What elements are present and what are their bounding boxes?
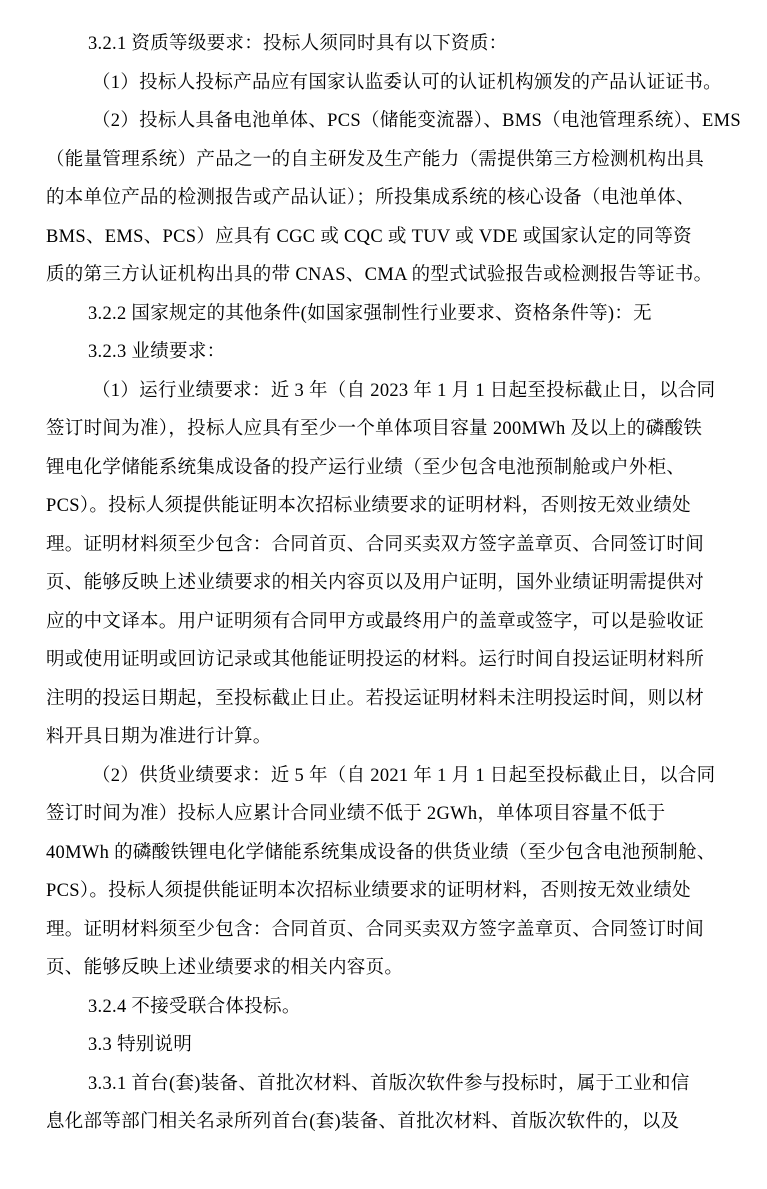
text-line: BMS、EMS、PCS）应具有 CGC 或 CQC 或 TUV 或 VDE 或国… bbox=[46, 218, 736, 256]
text-line: 签订时间为准）投标人应累计合同业绩不低于 2GWh，单体项目容量不低于 bbox=[46, 795, 736, 833]
text-line: （2）投标人具备电池单体、PCS（储能变流器）、BMS（电池管理系统）、EMS bbox=[92, 102, 767, 140]
text-line: （1）投标人投标产品应有国家认监委认可的认证机构颁发的产品认证证书。 bbox=[92, 64, 767, 102]
text-line: 签订时间为准），投标人应具有至少一个单体项目容量 200MWh 及以上的磷酸铁 bbox=[46, 410, 736, 448]
text-line: 40MWh 的磷酸铁锂电化学储能系统集成设备的供货业绩（至少包含电池预制舱、 bbox=[46, 834, 736, 872]
text-line: 的本单位产品的检测报告或产品认证）；所投集成系统的核心设备（电池单体、 bbox=[46, 179, 736, 217]
text-line: 锂电化学储能系统集成设备的投产运行业绩（至少包含电池预制舱或户外柜、 bbox=[46, 449, 736, 487]
text-line: 息化部等部门相关名录所列首台(套)装备、首批次材料、首版次软件的，以及 bbox=[46, 1103, 736, 1141]
text-line: 料开具日期为准进行计算。 bbox=[46, 718, 736, 756]
text-line: 3.2.4 不接受联合体投标。 bbox=[88, 988, 767, 1026]
text-line: 应的中文译本。用户证明须有合同甲方或最终用户的盖章或签字，可以是验收证 bbox=[46, 603, 736, 641]
text-line: （2）供货业绩要求：近 5 年（自 2021 年 1 月 1 日起至投标截止日，… bbox=[92, 757, 767, 795]
text-line: 理。证明材料须至少包含：合同首页、合同买卖双方签字盖章页、合同签订时间 bbox=[46, 911, 736, 949]
text-line: 3.2.1 资质等级要求：投标人须同时具有以下资质： bbox=[88, 25, 767, 63]
text-line: 页、能够反映上述业绩要求的相关内容页。 bbox=[46, 949, 736, 987]
text-line: 明或使用证明或回访记录或其他能证明投运的材料。运行时间自投运证明材料所 bbox=[46, 641, 736, 679]
text-line: （1）运行业绩要求：近 3 年（自 2023 年 1 月 1 日起至投标截止日，… bbox=[92, 372, 767, 410]
text-line: 页、能够反映上述业绩要求的相关内容页以及用户证明，国外业绩证明需提供对 bbox=[46, 564, 736, 602]
text-line: 3.3 特别说明 bbox=[88, 1026, 767, 1064]
text-line: PCS）。投标人须提供能证明本次招标业绩要求的证明材料，否则按无效业绩处 bbox=[46, 487, 736, 525]
document-page: 3.2.1 资质等级要求：投标人须同时具有以下资质：（1）投标人投标产品应有国家… bbox=[0, 0, 767, 1189]
text-line: 3.2.2 国家规定的其他条件(如国家强制性行业要求、资格条件等)：无 bbox=[88, 295, 767, 333]
text-line: （能量管理系统）产品之一的自主研发及生产能力（需提供第三方检测机构出具 bbox=[46, 141, 736, 179]
text-line: PCS）。投标人须提供能证明本次招标业绩要求的证明材料，否则按无效业绩处 bbox=[46, 872, 736, 910]
text-line: 质的第三方认证机构出具的带 CNAS、CMA 的型式试验报告或检测报告等证书。 bbox=[46, 256, 736, 294]
text-line: 注明的投运日期起，至投标截止日止。若投运证明材料未注明投运时间，则以材 bbox=[46, 680, 736, 718]
text-line: 3.2.3 业绩要求： bbox=[88, 333, 767, 371]
text-line: 3.3.1 首台(套)装备、首批次材料、首版次软件参与投标时，属于工业和信 bbox=[88, 1065, 767, 1103]
text-line: 理。证明材料须至少包含：合同首页、合同买卖双方签字盖章页、合同签订时间 bbox=[46, 526, 736, 564]
